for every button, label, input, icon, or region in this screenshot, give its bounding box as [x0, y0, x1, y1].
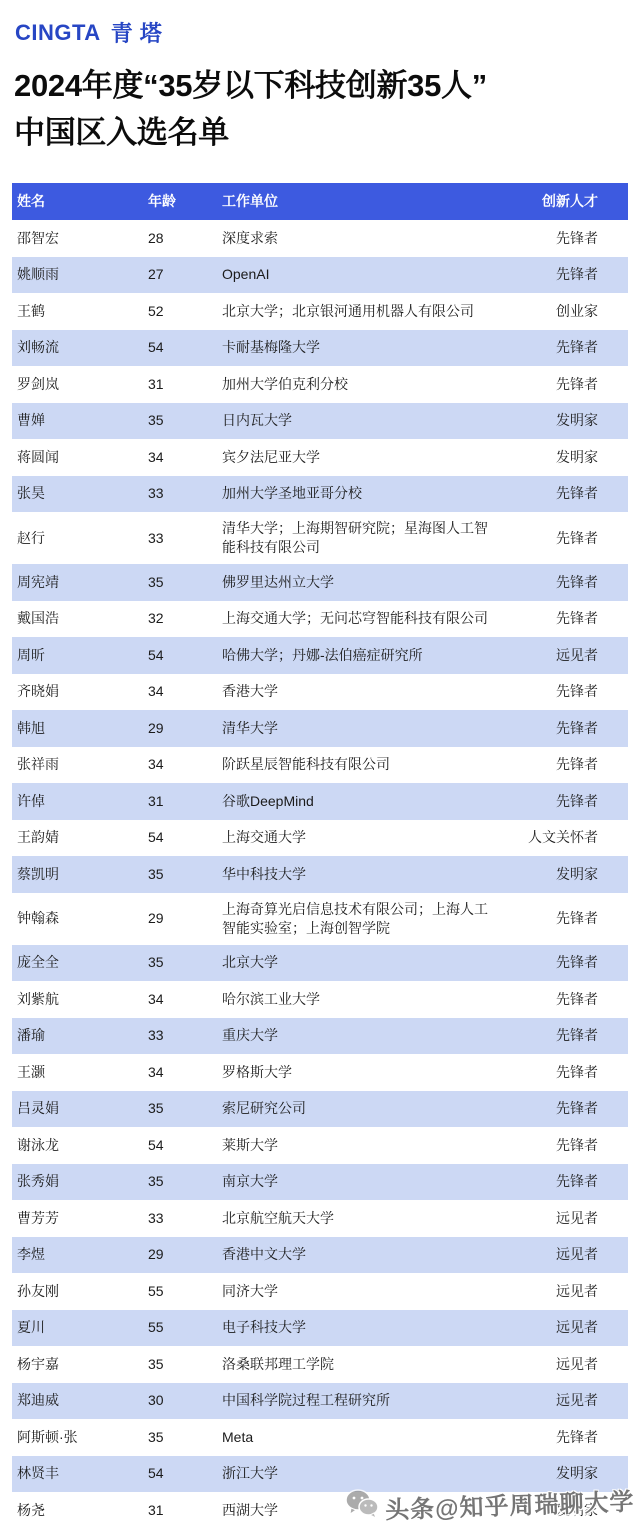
cell-name: 潘瑜	[12, 1026, 148, 1045]
table-row: 曹婵 35 日内瓦大学 发明家	[12, 403, 628, 440]
cell-age: 33	[148, 1026, 222, 1045]
cell-name: 王韵婧	[12, 828, 148, 847]
cell-org: 索尼研究公司	[222, 1099, 502, 1118]
cell-name: 韩旭	[12, 719, 148, 738]
cell-name: 刘紫航	[12, 990, 148, 1009]
cell-age: 32	[148, 609, 222, 628]
cell-org: 重庆大学	[222, 1026, 502, 1045]
cell-name: 蒋圆闻	[12, 448, 148, 467]
cell-category: 先锋者	[502, 1428, 628, 1447]
cell-age: 34	[148, 448, 222, 467]
cell-name: 王鹤	[12, 302, 148, 321]
cell-age: 31	[148, 792, 222, 811]
cell-org: 中国科学院过程工程研究所	[222, 1391, 502, 1410]
table-row: 赵行 33 清华大学；上海期智研究院；星海图人工智能科技有限公司 先锋者	[12, 512, 628, 564]
table-row: 阿斯顿·张 35 Meta 先锋者	[12, 1419, 628, 1456]
cell-org: 浙江大学	[222, 1464, 502, 1483]
cell-age: 33	[148, 1209, 222, 1228]
cingta-logo: CINGTA 青塔	[15, 17, 169, 48]
cell-org: 香港中文大学	[222, 1245, 502, 1264]
table-row: 庞全全 35 北京大学 先锋者	[12, 945, 628, 982]
cell-org: 南京大学	[222, 1172, 502, 1191]
cell-age: 35	[148, 1172, 222, 1191]
cell-age: 54	[148, 646, 222, 665]
cell-org: 佛罗里达州立大学	[222, 573, 502, 592]
cell-org: 同济大学	[222, 1282, 502, 1301]
cell-category: 发明家	[502, 411, 628, 430]
cell-name: 夏川	[12, 1318, 148, 1337]
cell-category: 远见者	[502, 1391, 628, 1410]
innovators-table: 姓名 年龄 工作单位 创新人才 邵智宏 28 深度求索 先锋者 姚顺雨 27 O…	[12, 183, 628, 1529]
cell-org: 北京大学	[222, 953, 502, 972]
table-row: 王鹤 52 北京大学；北京银河通用机器人有限公司 创业家	[12, 293, 628, 330]
cell-name: 孙友刚	[12, 1282, 148, 1301]
cell-category: 远见者	[502, 1245, 628, 1264]
source-watermark-text: 头条@知乎周瑞聊大学	[384, 1482, 634, 1526]
cell-category: 先锋者	[502, 573, 628, 592]
cell-age: 34	[148, 682, 222, 701]
table-body: 邵智宏 28 深度求索 先锋者 姚顺雨 27 OpenAI 先锋者 王鹤 52 …	[12, 220, 628, 1529]
logo-brand-cn-text: 青塔	[111, 17, 169, 48]
cell-category: 先锋者	[502, 484, 628, 503]
header-category: 创新人才	[502, 192, 628, 211]
cell-name: 戴国浩	[12, 609, 148, 628]
cell-age: 54	[148, 338, 222, 357]
cell-age: 31	[148, 1501, 222, 1520]
cell-org: 华中科技大学	[222, 865, 502, 884]
cell-age: 35	[148, 953, 222, 972]
table-row: 姚顺雨 27 OpenAI 先锋者	[12, 257, 628, 294]
cell-age: 33	[148, 529, 222, 548]
cell-category: 先锋者	[502, 1026, 628, 1045]
cell-name: 周昕	[12, 646, 148, 665]
cell-age: 54	[148, 1136, 222, 1155]
table-row: 钟翰森 29 上海奇算光启信息技术有限公司；上海人工智能实验室；上海创智学院 先…	[12, 893, 628, 945]
table-row: 戴国浩 32 上海交通大学；无问芯穹智能科技有限公司 先锋者	[12, 601, 628, 638]
cell-category: 人文关怀者	[502, 828, 628, 847]
cell-category: 先锋者	[502, 719, 628, 738]
cell-name: 张祥雨	[12, 755, 148, 774]
table-row: 许倬 31 谷歌DeepMind 先锋者	[12, 783, 628, 820]
cell-name: 姚顺雨	[12, 265, 148, 284]
cell-category: 先锋者	[502, 265, 628, 284]
table-row: 邵智宏 28 深度求索 先锋者	[12, 220, 628, 257]
cell-name: 吕灵娟	[12, 1099, 148, 1118]
cell-name: 蔡凯明	[12, 865, 148, 884]
cell-category: 远见者	[502, 1318, 628, 1337]
cell-org: 洛桑联邦理工学院	[222, 1355, 502, 1374]
table-row: 韩旭 29 清华大学 先锋者	[12, 710, 628, 747]
cell-category: 先锋者	[502, 1136, 628, 1155]
cell-category: 先锋者	[502, 755, 628, 774]
cell-category: 先锋者	[502, 792, 628, 811]
cell-age: 29	[148, 719, 222, 738]
table-row: 刘紫航 34 哈尔滨工业大学 先锋者	[12, 981, 628, 1018]
cell-name: 王灏	[12, 1063, 148, 1082]
cell-org: 日内瓦大学	[222, 411, 502, 430]
cell-org: 清华大学；上海期智研究院；星海图人工智能科技有限公司	[222, 519, 502, 557]
cell-age: 27	[148, 265, 222, 284]
cell-age: 34	[148, 755, 222, 774]
cell-name: 谢泳龙	[12, 1136, 148, 1155]
table-row: 曹芳芳 33 北京航空航天大学 远见者	[12, 1200, 628, 1237]
cell-category: 先锋者	[502, 338, 628, 357]
table-row: 孙友刚 55 同济大学 远见者	[12, 1273, 628, 1310]
cell-name: 罗剑岚	[12, 375, 148, 394]
cell-age: 31	[148, 375, 222, 394]
cell-category: 先锋者	[502, 529, 628, 548]
table-row: 王灏 34 罗格斯大学 先锋者	[12, 1054, 628, 1091]
cell-name: 李煜	[12, 1245, 148, 1264]
cell-name: 刘畅流	[12, 338, 148, 357]
cell-age: 54	[148, 828, 222, 847]
table-row: 罗剑岚 31 加州大学伯克利分校 先锋者	[12, 366, 628, 403]
cell-age: 28	[148, 229, 222, 248]
cell-name: 张昊	[12, 484, 148, 503]
table-row: 吕灵娟 35 索尼研究公司 先锋者	[12, 1091, 628, 1128]
cell-org: 北京大学；北京银河通用机器人有限公司	[222, 302, 502, 321]
cell-age: 35	[148, 411, 222, 430]
cell-category: 创业家	[502, 302, 628, 321]
cell-age: 29	[148, 909, 222, 928]
table-row: 蒋圆闻 34 宾夕法尼亚大学 发明家	[12, 439, 628, 476]
cell-category: 先锋者	[502, 229, 628, 248]
cell-age: 30	[148, 1391, 222, 1410]
article-page: CINGTA 青塔 2024年度“35岁以下科技创新35人” 中国区入选名单 C…	[0, 0, 640, 1534]
cell-org: 北京航空航天大学	[222, 1209, 502, 1228]
table-row: 刘畅流 54 卡耐基梅隆大学 先锋者	[12, 330, 628, 367]
cell-name: 林贤丰	[12, 1464, 148, 1483]
table-row: 王韵婧 54 上海交通大学 人文关怀者	[12, 820, 628, 857]
cell-org: 卡耐基梅隆大学	[222, 338, 502, 357]
cell-org: OpenAI	[222, 265, 502, 284]
cell-name: 郑迪威	[12, 1391, 148, 1410]
cell-name: 杨宇嘉	[12, 1355, 148, 1374]
cell-name: 曹芳芳	[12, 1209, 148, 1228]
cell-age: 29	[148, 1245, 222, 1264]
cell-org: 阶跃星辰智能科技有限公司	[222, 755, 502, 774]
cell-org: 加州大学伯克利分校	[222, 375, 502, 394]
cell-name: 邵智宏	[12, 229, 148, 248]
cell-category: 远见者	[502, 1355, 628, 1374]
table-row: 谢泳龙 54 莱斯大学 先锋者	[12, 1127, 628, 1164]
cell-name: 杨尧	[12, 1501, 148, 1520]
cell-org: 加州大学圣地亚哥分校	[222, 484, 502, 503]
cell-age: 35	[148, 865, 222, 884]
cell-age: 54	[148, 1464, 222, 1483]
cell-org: 深度求索	[222, 229, 502, 248]
wechat-icon	[345, 1489, 379, 1519]
cell-category: 远见者	[502, 1209, 628, 1228]
cell-category: 先锋者	[502, 1099, 628, 1118]
cell-category: 先锋者	[502, 375, 628, 394]
cell-name: 张秀娟	[12, 1172, 148, 1191]
cell-age: 35	[148, 1428, 222, 1447]
cell-org: 香港大学	[222, 682, 502, 701]
table-row: 李煜 29 香港中文大学 远见者	[12, 1237, 628, 1274]
cell-category: 先锋者	[502, 953, 628, 972]
cell-org: 哈佛大学；丹娜-法伯癌症研究所	[222, 646, 502, 665]
source-watermark: ​ 头条@知乎周瑞聊大学	[345, 1486, 634, 1521]
cell-category: 先锋者	[502, 909, 628, 928]
cell-age: 35	[148, 573, 222, 592]
cell-name: 钟翰森	[12, 909, 148, 928]
cell-org: 哈尔滨工业大学	[222, 990, 502, 1009]
header-org: 工作单位	[222, 192, 502, 211]
cell-age: 52	[148, 302, 222, 321]
cell-age: 34	[148, 990, 222, 1009]
table-row: 张秀娟 35 南京大学 先锋者	[12, 1164, 628, 1201]
cell-org: 清华大学	[222, 719, 502, 738]
cell-org: 莱斯大学	[222, 1136, 502, 1155]
table-row: 杨宇嘉 35 洛桑联邦理工学院 远见者	[12, 1346, 628, 1383]
table-row: 张祥雨 34 阶跃星辰智能科技有限公司 先锋者	[12, 747, 628, 784]
table-row: 蔡凯明 35 华中科技大学 发明家	[12, 856, 628, 893]
table-row: 张昊 33 加州大学圣地亚哥分校 先锋者	[12, 476, 628, 513]
cell-category: 先锋者	[502, 1063, 628, 1082]
cell-age: 55	[148, 1282, 222, 1301]
cell-org: 上海奇算光启信息技术有限公司；上海人工智能实验室；上海创智学院	[222, 900, 502, 938]
page-title-line1: 2024年度“35岁以下科技创新35人”	[14, 62, 629, 109]
cell-category: 先锋者	[502, 1172, 628, 1191]
cell-category: 远见者	[502, 646, 628, 665]
header-age: 年龄	[148, 192, 222, 211]
cell-category: 发明家	[502, 448, 628, 467]
cell-name: 阿斯顿·张	[12, 1428, 148, 1447]
cell-age: 35	[148, 1355, 222, 1374]
header-name: 姓名	[12, 192, 148, 211]
page-title: 2024年度“35岁以下科技创新35人” 中国区入选名单	[14, 62, 629, 156]
cell-category: 先锋者	[502, 609, 628, 628]
cell-age: 55	[148, 1318, 222, 1337]
cell-name: 曹婵	[12, 411, 148, 430]
table-row: 周宪靖 35 佛罗里达州立大学 先锋者	[12, 564, 628, 601]
logo-brand-text: CINGTA	[15, 20, 101, 46]
cell-org: 宾夕法尼亚大学	[222, 448, 502, 467]
cell-name: 庞全全	[12, 953, 148, 972]
cell-name: 许倬	[12, 792, 148, 811]
cell-org: 上海交通大学；无问芯穹智能科技有限公司	[222, 609, 502, 628]
cell-org: 电子科技大学	[222, 1318, 502, 1337]
cell-org: 上海交通大学	[222, 828, 502, 847]
cell-name: 赵行	[12, 529, 148, 548]
table-header-row: 姓名 年龄 工作单位 创新人才	[12, 183, 628, 220]
cell-category: 发明家	[502, 1464, 628, 1483]
cell-age: 33	[148, 484, 222, 503]
table-row: 夏川 55 电子科技大学 远见者	[12, 1310, 628, 1347]
table-row: 齐晓娟 34 香港大学 先锋者	[12, 674, 628, 711]
cell-category: 先锋者	[502, 682, 628, 701]
table-row: 郑迪威 30 中国科学院过程工程研究所 远见者	[12, 1383, 628, 1420]
cell-category: 先锋者	[502, 990, 628, 1009]
table-row: 潘瑜 33 重庆大学 先锋者	[12, 1018, 628, 1055]
cell-category: 远见者	[502, 1282, 628, 1301]
table-row: 周昕 54 哈佛大学；丹娜-法伯癌症研究所 远见者	[12, 637, 628, 674]
cell-age: 34	[148, 1063, 222, 1082]
cell-org: 谷歌DeepMind	[222, 792, 502, 811]
cell-category: 发明家	[502, 865, 628, 884]
cell-age: 35	[148, 1099, 222, 1118]
cell-name: 周宪靖	[12, 573, 148, 592]
cell-org: Meta	[222, 1428, 502, 1447]
page-title-line2: 中国区入选名单	[14, 109, 629, 156]
cell-org: 罗格斯大学	[222, 1063, 502, 1082]
cell-name: 齐晓娟	[12, 682, 148, 701]
